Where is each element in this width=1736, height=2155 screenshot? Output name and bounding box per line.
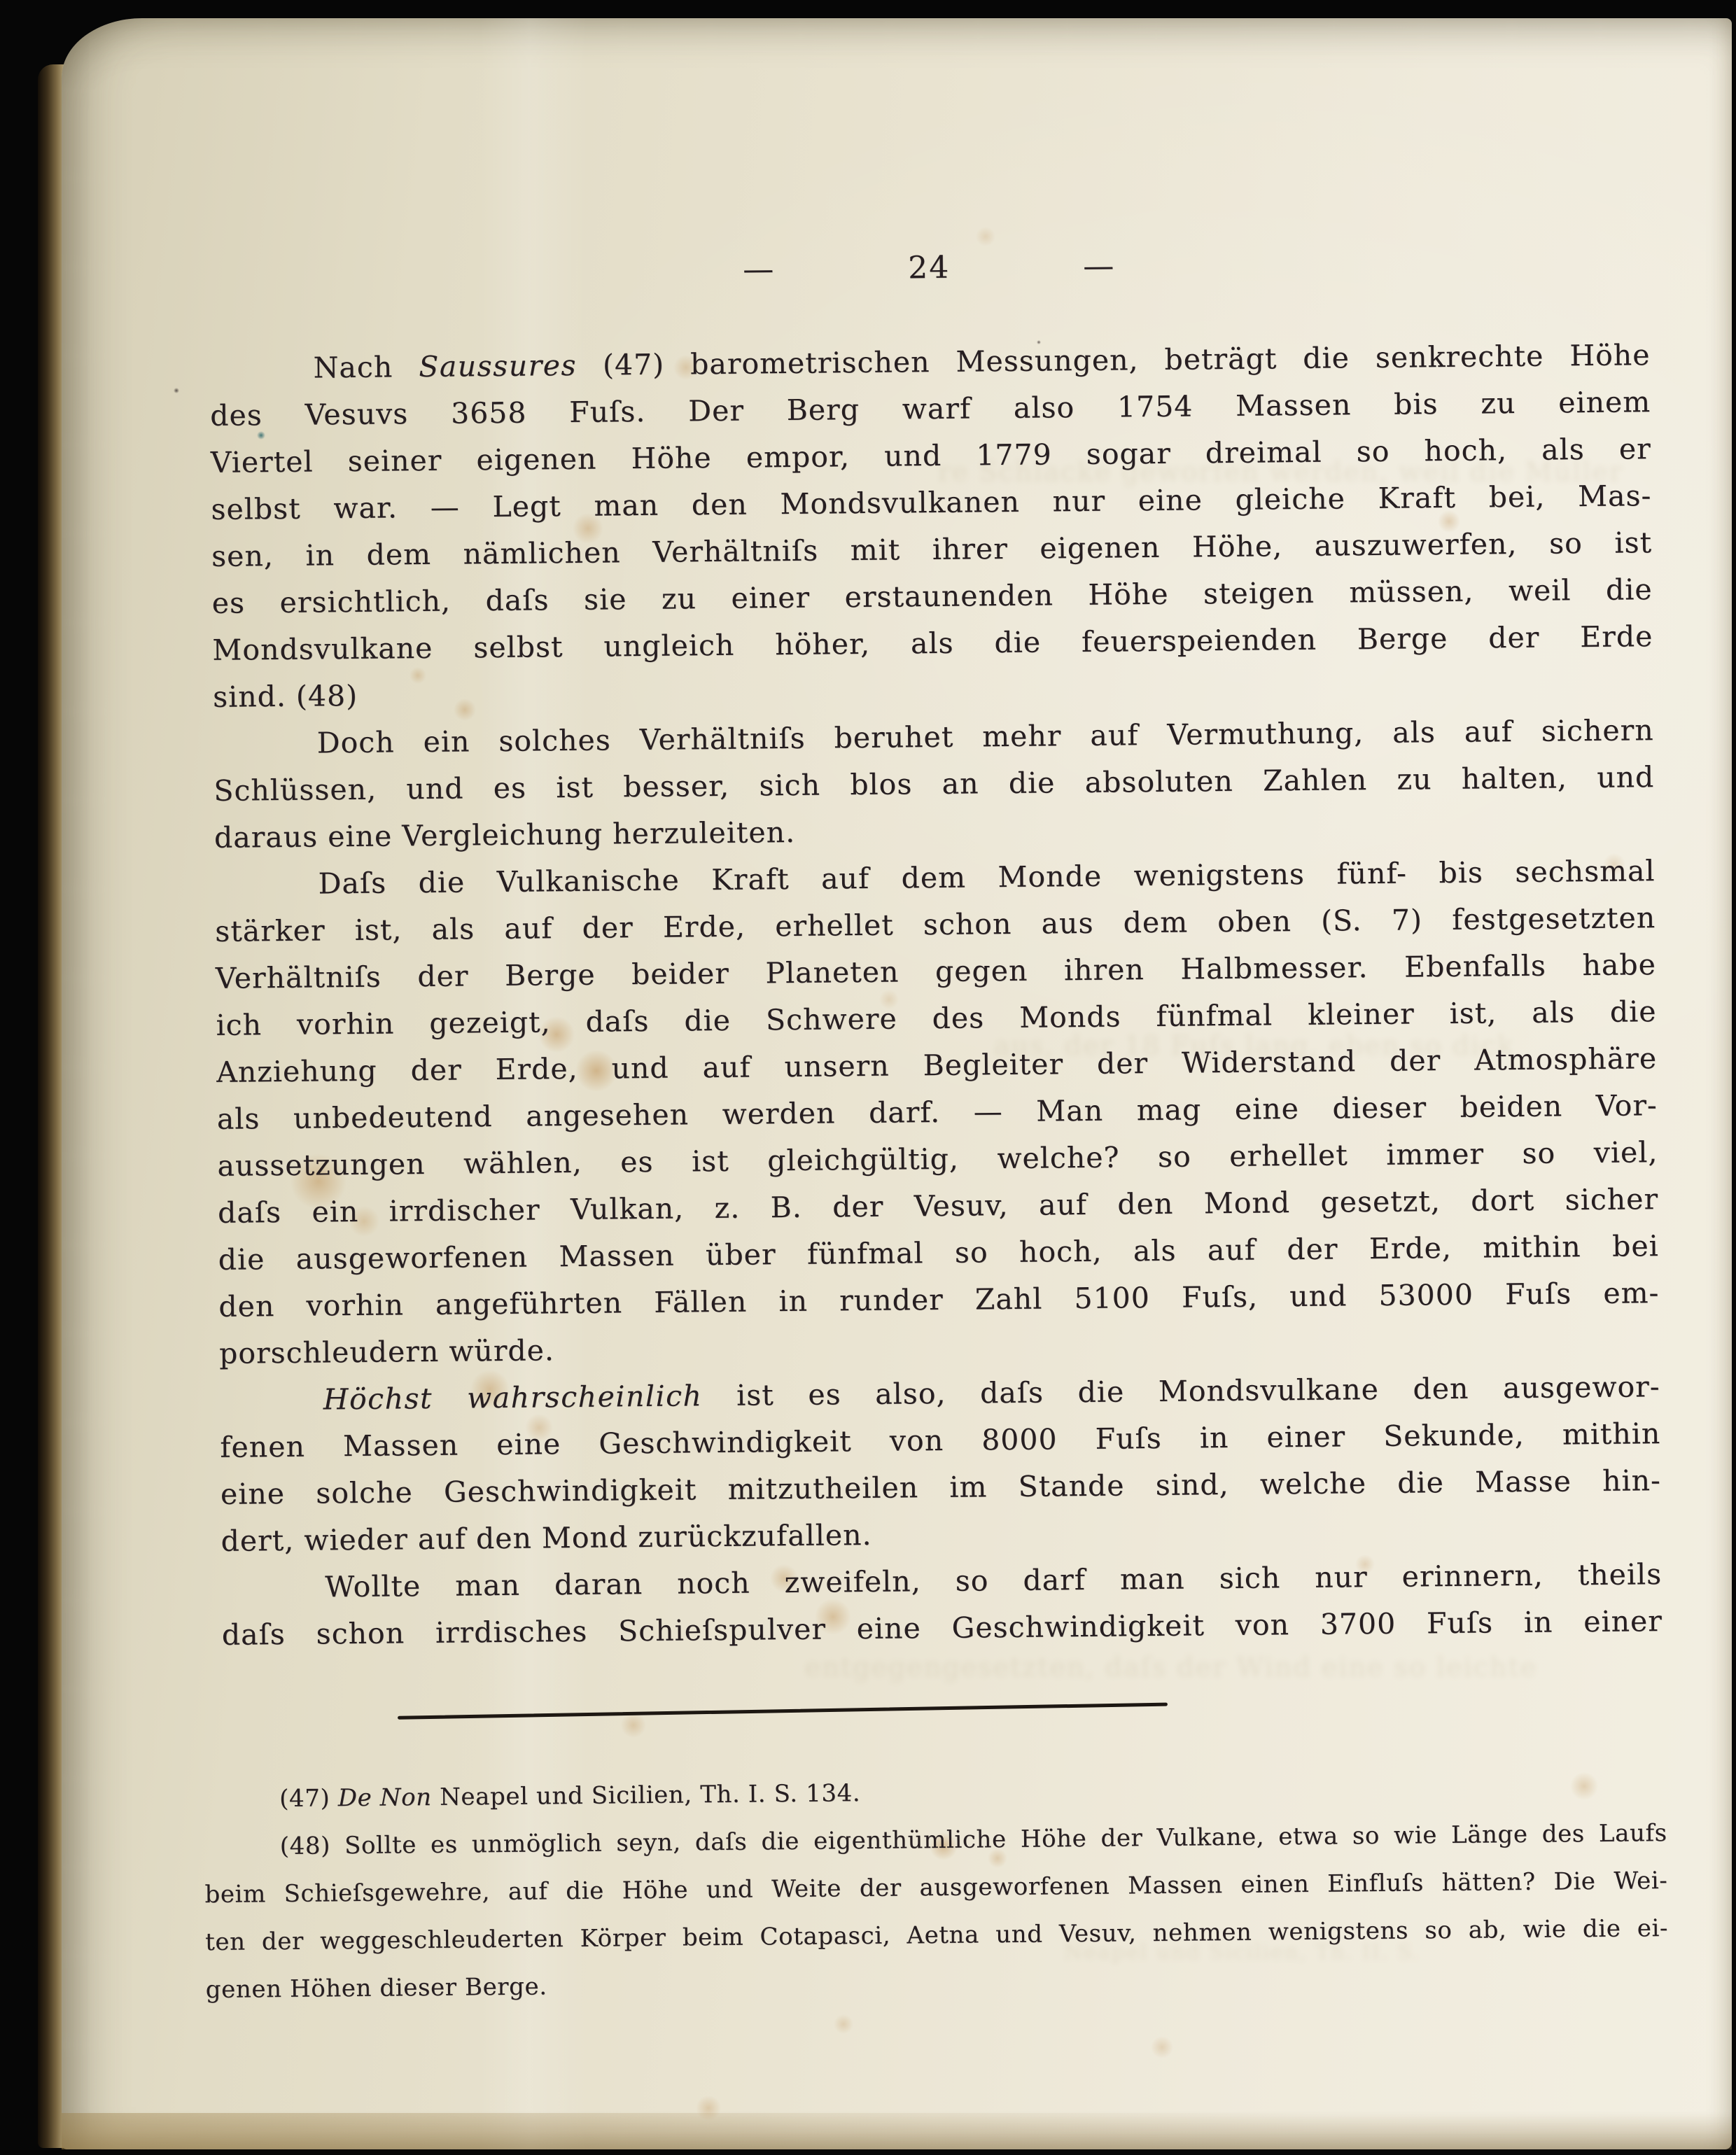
page-content: — 24 — Nach Saussures (47) barometrische… — [209, 239, 1666, 2014]
footnotes: (47) De Non Neapel und Sicilien, Th. I. … — [204, 1762, 1669, 2014]
body-text: Nach Saussures (47) barometrischen Messu… — [209, 332, 1662, 1659]
page-number: 24 — [908, 249, 950, 286]
page-fore-edge — [38, 64, 64, 2148]
header-dash-right: — — [1083, 248, 1115, 283]
italic-author-name: Saussures — [419, 349, 577, 384]
header-dash-left: — — [743, 251, 775, 287]
italic-emphasis: Höchst wahrscheinlich — [323, 1379, 702, 1416]
book-page-scan: re Schlacke geworfen werden, weil die Mü… — [0, 0, 1736, 2155]
italic-source-name: De Non — [338, 1783, 432, 1812]
footnote-separator-rule — [398, 1703, 1168, 1720]
